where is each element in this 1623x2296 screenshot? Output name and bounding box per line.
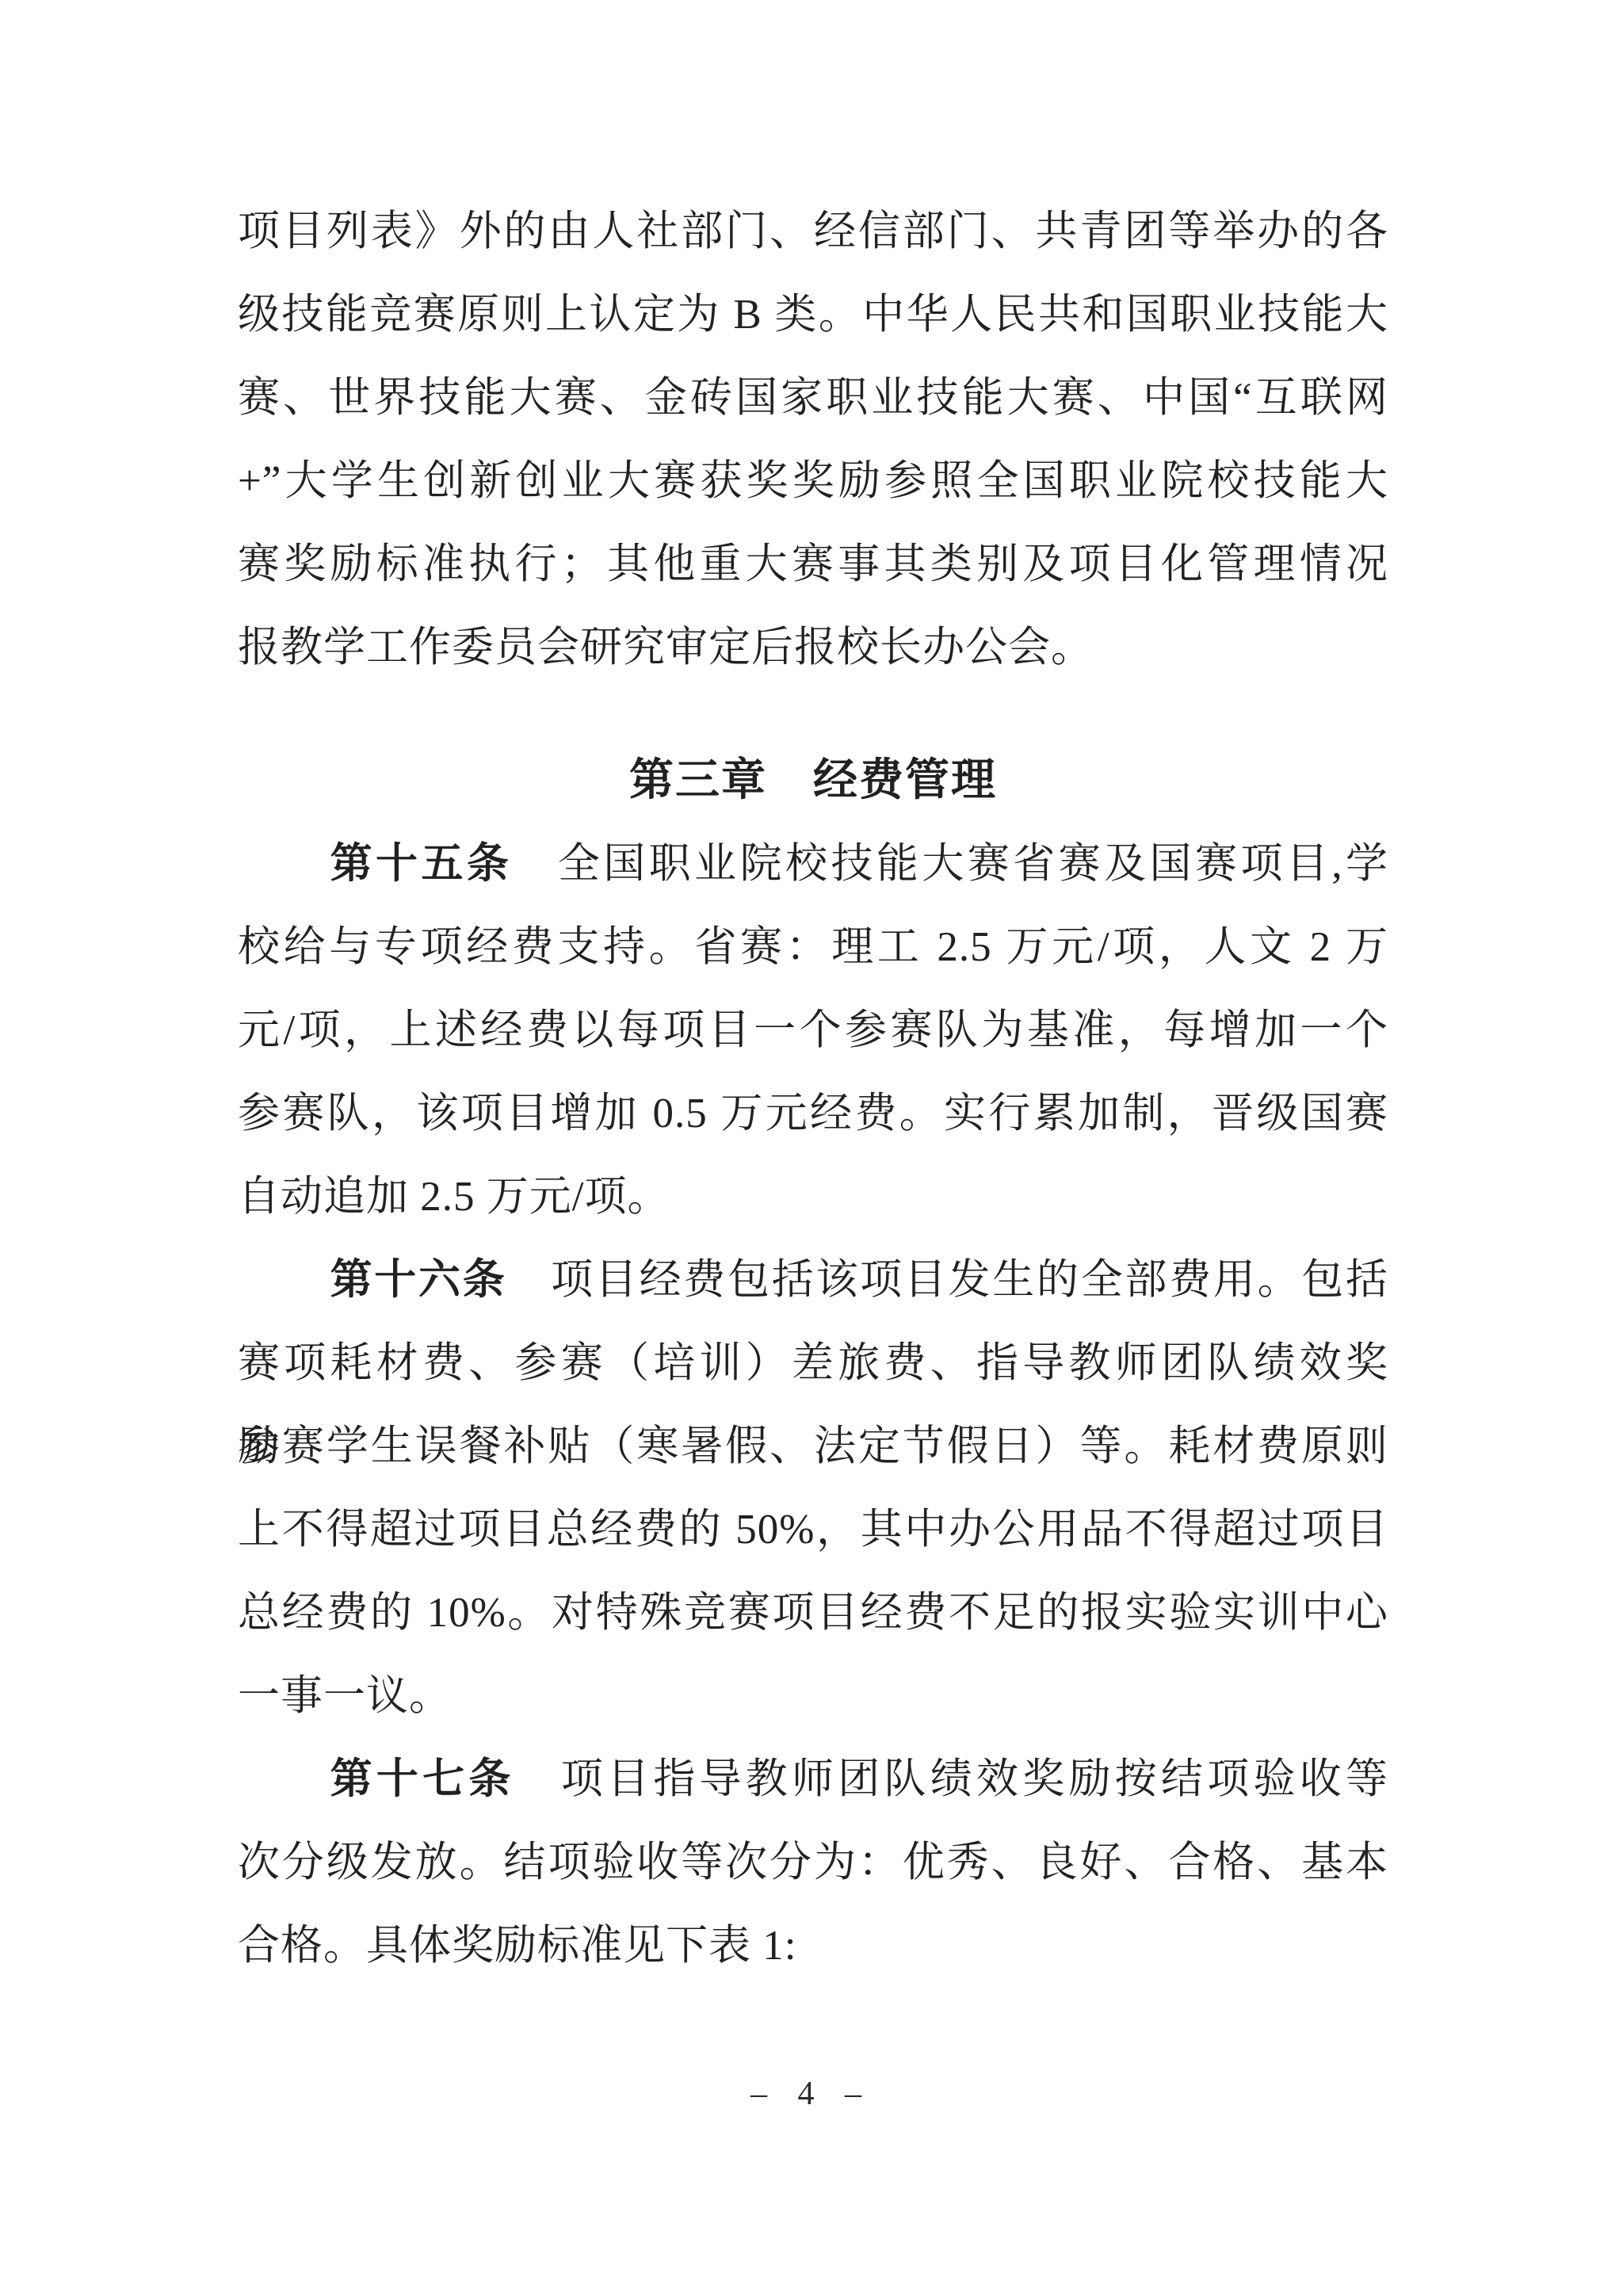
- text-line: 校给与专项经费支持。省赛：理工 2.5 万元/项，人文 2 万: [238, 906, 1388, 989]
- text-line: 赛项耗材费、参赛（培训）差旅费、指导教师团队绩效奖励、: [238, 1322, 1388, 1405]
- article-number: 第十六条: [330, 1257, 507, 1303]
- text-line: 第十六条 项目经费包括该项目发生的全部费用。包括: [238, 1239, 1388, 1322]
- text-line: 参赛学生误餐补贴（寒暑假、法定节假日）等。耗材费原则: [238, 1405, 1388, 1488]
- text-line: 上不得超过项目总经费的 50%，其中办公用品不得超过项目: [238, 1488, 1388, 1572]
- text-line: +”大学生创新创业大赛获奖奖励参照全国职业院校技能大: [238, 440, 1388, 523]
- text-line: 一事一议。: [238, 1655, 1388, 1738]
- text-line: 合格。具体奖励标准见下表 1:: [238, 1904, 1388, 1988]
- text-line: 项目列表》外的由人社部门、经信部门、共青团等举办的各: [238, 190, 1388, 273]
- text-line: 第十七条 项目指导教师团队绩效奖励按结项验收等: [238, 1738, 1388, 1821]
- text-line: 级技能竞赛原则上认定为 B 类。中华人民共和国职业技能大: [238, 273, 1388, 357]
- page-footer: – 4 –: [0, 2075, 1623, 2113]
- text-line: 赛奖励标准执行；其他重大赛事其类别及项目化管理情况: [238, 523, 1388, 606]
- text-line: 参赛队，该项目增加 0.5 万元经费。实行累加制，晋级国赛: [238, 1072, 1388, 1156]
- article-number: 第十五条: [330, 841, 513, 887]
- text-line: 第十五条 全国职业院校技能大赛省赛及国赛项目,学: [238, 823, 1388, 906]
- text-line: 报教学工作委员会研究审定后报校长办公会。: [238, 606, 1388, 690]
- text-line: 赛、世界技能大赛、金砖国家职业技能大赛、中国“互联网: [238, 357, 1388, 440]
- text-line: 自动追加 2.5 万元/项。: [238, 1156, 1388, 1239]
- page-number: – 4 –: [750, 2076, 873, 2112]
- document-body: 项目列表》外的由人社部门、经信部门、共青团等举办的各级技能竞赛原则上认定为 B …: [238, 190, 1388, 1988]
- document-page: 项目列表》外的由人社部门、经信部门、共青团等举办的各级技能竞赛原则上认定为 B …: [0, 0, 1623, 2296]
- text-line: 次分级发放。结项验收等次分为：优秀、良好、合格、基本: [238, 1821, 1388, 1904]
- text-line: 元/项，上述经费以每项目一个参赛队为基准，每增加一个: [238, 989, 1388, 1072]
- chapter-heading: 第三章 经费管理: [238, 739, 1388, 823]
- article-number: 第十七条: [330, 1756, 515, 1802]
- text-line: 总经费的 10%。对特殊竞赛项目经费不足的报实验实训中心: [238, 1572, 1388, 1655]
